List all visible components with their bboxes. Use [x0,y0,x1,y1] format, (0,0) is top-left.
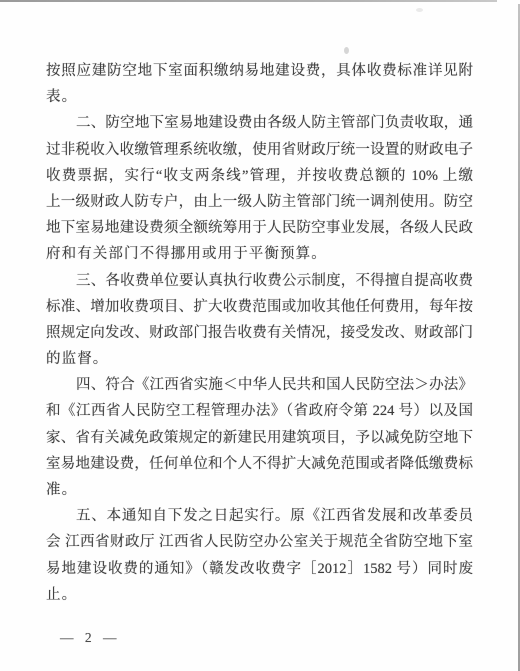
text-line: 府和有关部门不得挪用或用于平衡预算。 [46,241,473,267]
text-line: 过非税收入收缴管理系统收缴，使用省财政厅统一设置的财政电子 [46,137,473,163]
text-line: 五、本通知自下发之日起实行。原《江西省发展和改革委员 [46,503,473,529]
scan-speckle [416,8,423,12]
scan-speckle [344,47,349,54]
text-line: 家、省有关减免政策规定的新建民用建筑项目，予以减免防空地下 [46,425,473,451]
text-line: 四、符合《江西省实施＜中华人民共和国人民防空法＞办法》 [46,372,473,398]
text-line: 会 江西省财政厅 江西省人民防空办公室关于规范全省防空地下室 [46,529,473,555]
text-line: 地下室易地建设费须全额统筹用于人民防空事业发展，各级人民政 [46,215,473,241]
text-line: 止。 [46,582,473,608]
scanned-page: 按照应建防空地下室面积缴纳易地建设费，具体收费标准详见附 表。 二、防空地下室易… [0,0,520,671]
text-line: 上一级财政人防专户，由上一级人防主管部门统一调剂使用。防空 [46,189,473,215]
text-line: 按照应建防空地下室面积缴纳易地建设费，具体收费标准详见附 [46,58,473,84]
text-line: 易地建设收费的通知》（赣发改收费字［2012］1582 号）同时废 [46,556,473,582]
text-line: 和《江西省人民防空工程管理办法》（省政府令第 224 号）以及国 [46,398,473,424]
text-line: 标准、增加收费项目、扩大收费范围或加收其他任何费用，每年按 [46,294,473,320]
text-line: 收费票据，实行“收支两条线”管理，并按收费总额的 10% 上缴 [46,163,473,189]
text-line: 的监督。 [46,346,473,372]
page-number: — 2 — [60,628,121,648]
text-line: 二、防空地下室易地建设费由各级人防主管部门负责收取，通 [46,110,473,136]
document-body: 按照应建防空地下室面积缴纳易地建设费，具体收费标准详见附 表。 二、防空地下室易… [46,58,473,608]
text-line: 准。 [46,477,473,503]
text-line: 三、各收费单位要认真执行收费公示制度，不得擅自提高收费 [46,268,473,294]
text-line: 照规定向发改、财政部门报告收费有关情况，接受发改、财政部门 [46,320,473,346]
scan-edge-top [0,0,497,2]
text-line: 表。 [46,84,473,110]
text-line: 室易地建设费，任何单位和个人不得扩大减免范围或者降低缴费标 [46,451,473,477]
